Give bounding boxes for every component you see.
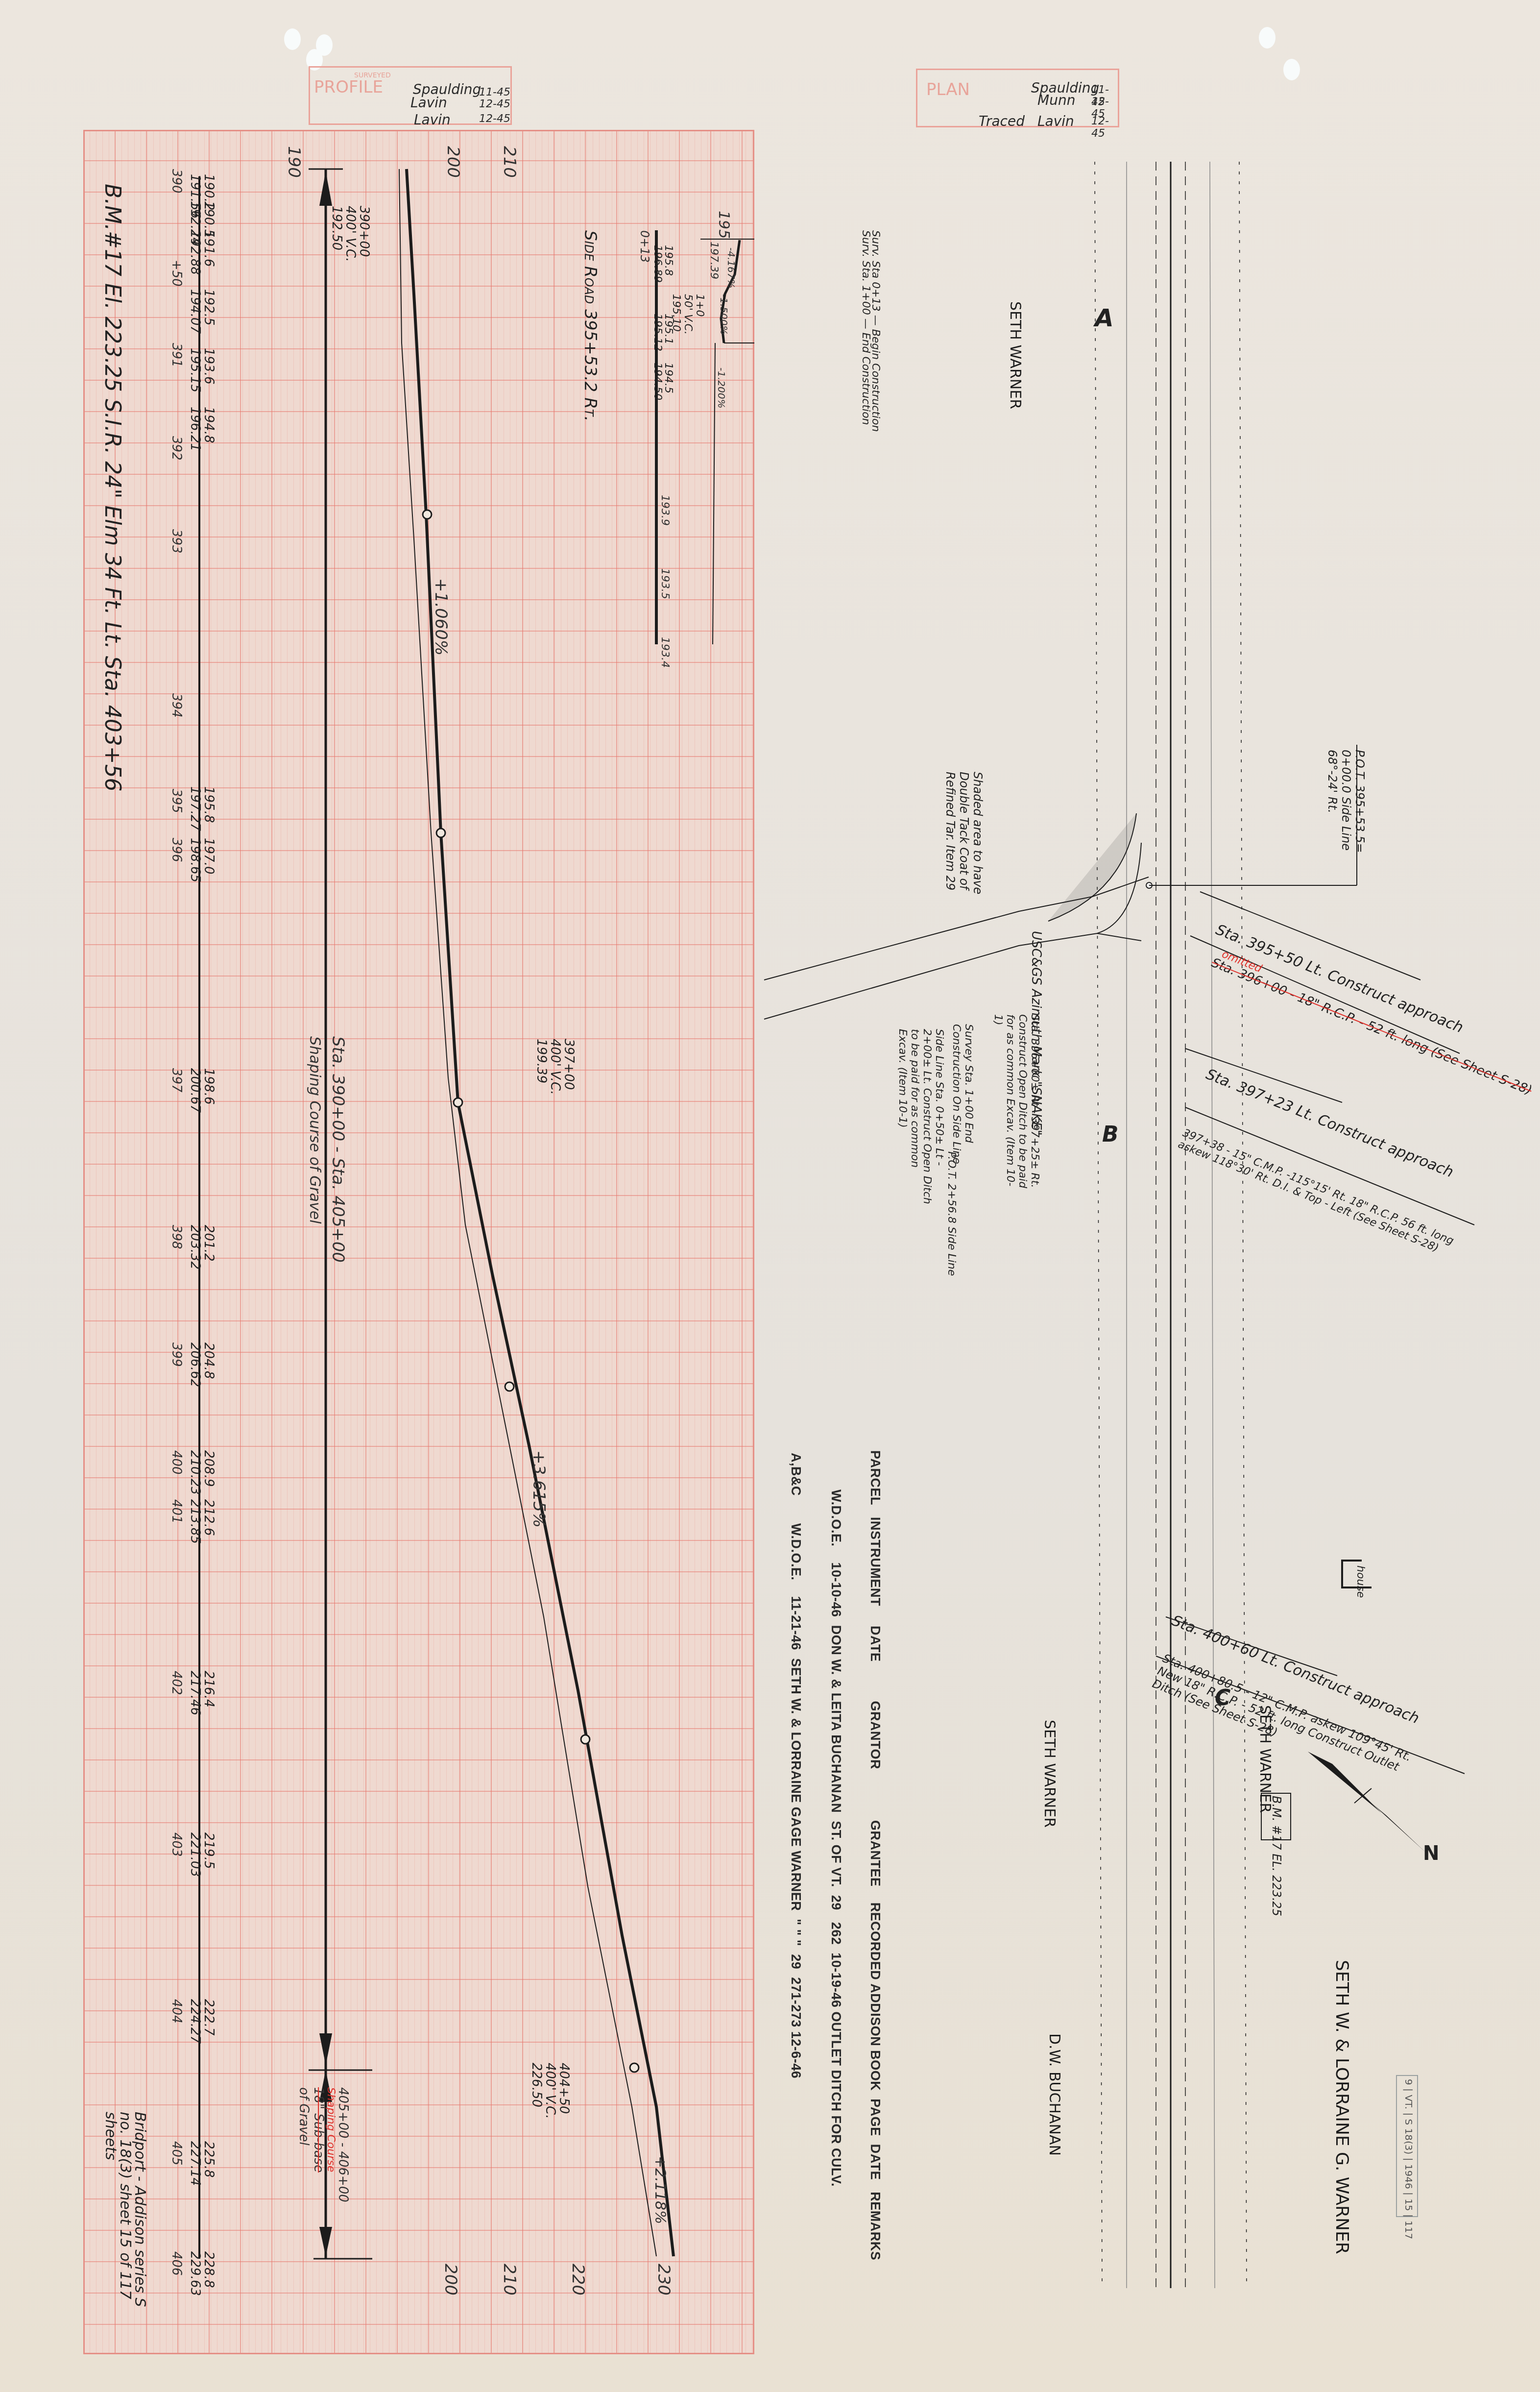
station-label: 392 bbox=[169, 436, 184, 461]
deed-row: A,B&C W.D.O.E. 11-21-46 SETH W. & LORRAI… bbox=[788, 1453, 803, 2078]
grade-label: +2.118% bbox=[651, 2156, 669, 2224]
section-mark-c: C bbox=[1215, 1685, 1230, 1710]
side-road-elev: 194.5 194.50 bbox=[652, 363, 674, 400]
station-elevations: 197.0 198.65 bbox=[188, 838, 216, 882]
station-elevations: 219.5 221.03 bbox=[188, 1832, 216, 1877]
owner-label: D.W. BUCHANAN bbox=[1046, 2033, 1063, 2156]
station-label: 406 bbox=[169, 2251, 184, 2276]
side-road-elev: 195.8 196.89 bbox=[652, 245, 674, 283]
elev-axis-200: 200 bbox=[443, 146, 463, 178]
side-road-grade: -4.167% bbox=[725, 247, 737, 288]
station-elevations: 222.7 224.27 bbox=[188, 1999, 216, 2044]
station-elevations: 216.4 217.46 bbox=[188, 1671, 216, 1715]
station-label: 399 bbox=[169, 1342, 184, 1367]
station-elevations: 208.9 210.23 bbox=[188, 1450, 216, 1495]
north-arrow-icon: N bbox=[1423, 1842, 1439, 1865]
side-road-axis-label: 195 bbox=[715, 211, 732, 239]
elev-axis-220-bottom: 220 bbox=[568, 2264, 588, 2295]
station-elevations: 195.8 197.27 bbox=[188, 786, 216, 831]
subbase-struck-label: 18" Sub-base bbox=[311, 2087, 326, 2172]
station-label: 403 bbox=[169, 1832, 184, 1857]
project-stamp: 9 | VT. | S 18(3) | 1946 | 15 | 117 bbox=[1396, 2075, 1418, 2217]
side-road-station: 0+13 bbox=[638, 230, 651, 263]
elev-axis-200-bottom: 200 bbox=[441, 2264, 460, 2295]
plan-note-end: Survey Sta. 1+00 End Construction On Sid… bbox=[950, 1024, 975, 1171]
station-label: 393 bbox=[169, 529, 184, 554]
end-construction-note: Surv. Sta. 1+00 — End Construction bbox=[860, 230, 872, 425]
side-road-grade: -1.500% bbox=[718, 294, 730, 335]
station-elevations: 198.6 200.67 bbox=[188, 1068, 216, 1113]
station-elevations: 204.8 206.62 bbox=[188, 1342, 216, 1387]
station-label: 391 bbox=[169, 343, 184, 367]
station-elevations: 212.6 213.85 bbox=[188, 1499, 216, 1544]
subbase-range-label: 405+00 - 406+00 bbox=[336, 2087, 350, 2202]
station-elevations: 193.6 195.15 bbox=[188, 348, 216, 392]
owner-label: SETH WARNER bbox=[1041, 1720, 1058, 1828]
pot-note: P.O.T. 395+53.5= 0+00.0 Side Line 68°-24… bbox=[1325, 750, 1367, 877]
station-label: 397 bbox=[169, 1068, 184, 1093]
plan-note-sideline-ditch: Side Line Sta. 0+50± Lt - 2+00± Lt. Cons… bbox=[896, 1029, 945, 1205]
series-note: Bridport - Addison series S no. 18(3) sh… bbox=[103, 2112, 147, 2318]
side-road-title: Side Road 395+53.2 Rt. bbox=[580, 230, 600, 421]
station-label: 402 bbox=[169, 1671, 184, 1695]
deed-header-row: PARCEL INSTRUMENT DATE GRANTOR GRANTEE R… bbox=[867, 1450, 883, 2260]
elev-axis-210-bottom: 210 bbox=[500, 2264, 519, 2295]
side-road-vc: 1+0 50' V.C. 195.10 bbox=[670, 294, 705, 335]
station-label: 394 bbox=[169, 693, 184, 718]
station-elevations: 201.2 203.32 bbox=[188, 1225, 216, 1269]
station-label: 400 bbox=[169, 1450, 184, 1475]
owner-main-label: SETH W. & LORRAINE G. WARNER bbox=[1332, 1960, 1352, 2254]
station-label: 401 bbox=[169, 1499, 184, 1524]
side-road-pvi: 197.39 bbox=[708, 242, 720, 279]
station-label: 396 bbox=[169, 838, 184, 862]
side-road-elev: 193.5 bbox=[659, 568, 671, 599]
house-label: house bbox=[1354, 1565, 1367, 1598]
deed-row: W.D.O.E. 10-10-46 DON W. & LEITA BUCHANA… bbox=[828, 1489, 843, 2187]
plan-note-ditch: Sta. 396+00± Rt - 397+25± Rt. Construct … bbox=[992, 1014, 1041, 1191]
station-label: 395 bbox=[169, 789, 184, 813]
subbase-redline-label: Shaping Course bbox=[325, 2087, 337, 2172]
grade-label: +3.615% bbox=[529, 1450, 549, 1528]
vc-label-390: 390+00 400' V.C. 192.50 bbox=[330, 206, 371, 262]
station-elevations: 228.8 229.63 bbox=[188, 2251, 216, 2296]
station-elevations: 194.8 196.21 bbox=[188, 407, 216, 451]
side-road-elev: 193.9 bbox=[659, 495, 671, 526]
station-label: 404 bbox=[169, 1999, 184, 2024]
drawing-sheet: PROFILE SURVEYED Spaulding 11-45 Lavin 1… bbox=[0, 0, 1540, 2392]
vc-label-404: 404+50 400' V.C. 226.50 bbox=[529, 2063, 571, 2119]
station-label: 390 bbox=[169, 169, 184, 194]
shaded-area-note: Shaded area to have Double Tack Coat of … bbox=[943, 772, 985, 899]
section-mark-a: A bbox=[1095, 304, 1114, 332]
subbase-sub-label: of Gravel bbox=[296, 2087, 311, 2146]
station-elevations: 191.6 192.88 bbox=[188, 230, 216, 275]
elev-axis-210: 210 bbox=[500, 146, 519, 178]
side-road-elev: 193.4 bbox=[659, 637, 671, 668]
bm-box: B.M. #17 EL. 223.25 bbox=[1270, 1796, 1283, 1916]
elev-axis-190: 190 bbox=[284, 146, 304, 178]
stamp-values: 9 | VT. | S 18(3) | 1946 | 15 | 117 bbox=[1403, 2079, 1415, 2239]
shaping-range-label: Sta. 390+00 - Sta. 405+00 bbox=[328, 1036, 348, 1263]
station-label: 398 bbox=[169, 1225, 184, 1249]
station-elevations: 225.8 227.14 bbox=[188, 2141, 216, 2186]
grade-label: +1.060% bbox=[431, 578, 451, 656]
station-label: +50 bbox=[169, 260, 184, 287]
side-road-elev: 195.1 195.12 bbox=[652, 314, 674, 351]
station-elevations: 192.5 194.07 bbox=[188, 289, 216, 334]
shaping-course-label: Shaping Course of Gravel bbox=[306, 1036, 323, 1224]
side-road-grade: -1.200% bbox=[716, 367, 727, 408]
section-mark-b: B bbox=[1102, 1122, 1119, 1147]
benchmark-note: B.M.#17 El. 223.25 S.I.R. 24" Elm 34 Ft.… bbox=[100, 184, 125, 792]
owner-label: SETH WARNER bbox=[1007, 301, 1024, 409]
vc-label-397: 397+00 400' V.C. 199.39 bbox=[534, 1039, 576, 1095]
station-label: 405 bbox=[169, 2141, 184, 2166]
elev-axis-230-bottom: 230 bbox=[654, 2264, 674, 2295]
